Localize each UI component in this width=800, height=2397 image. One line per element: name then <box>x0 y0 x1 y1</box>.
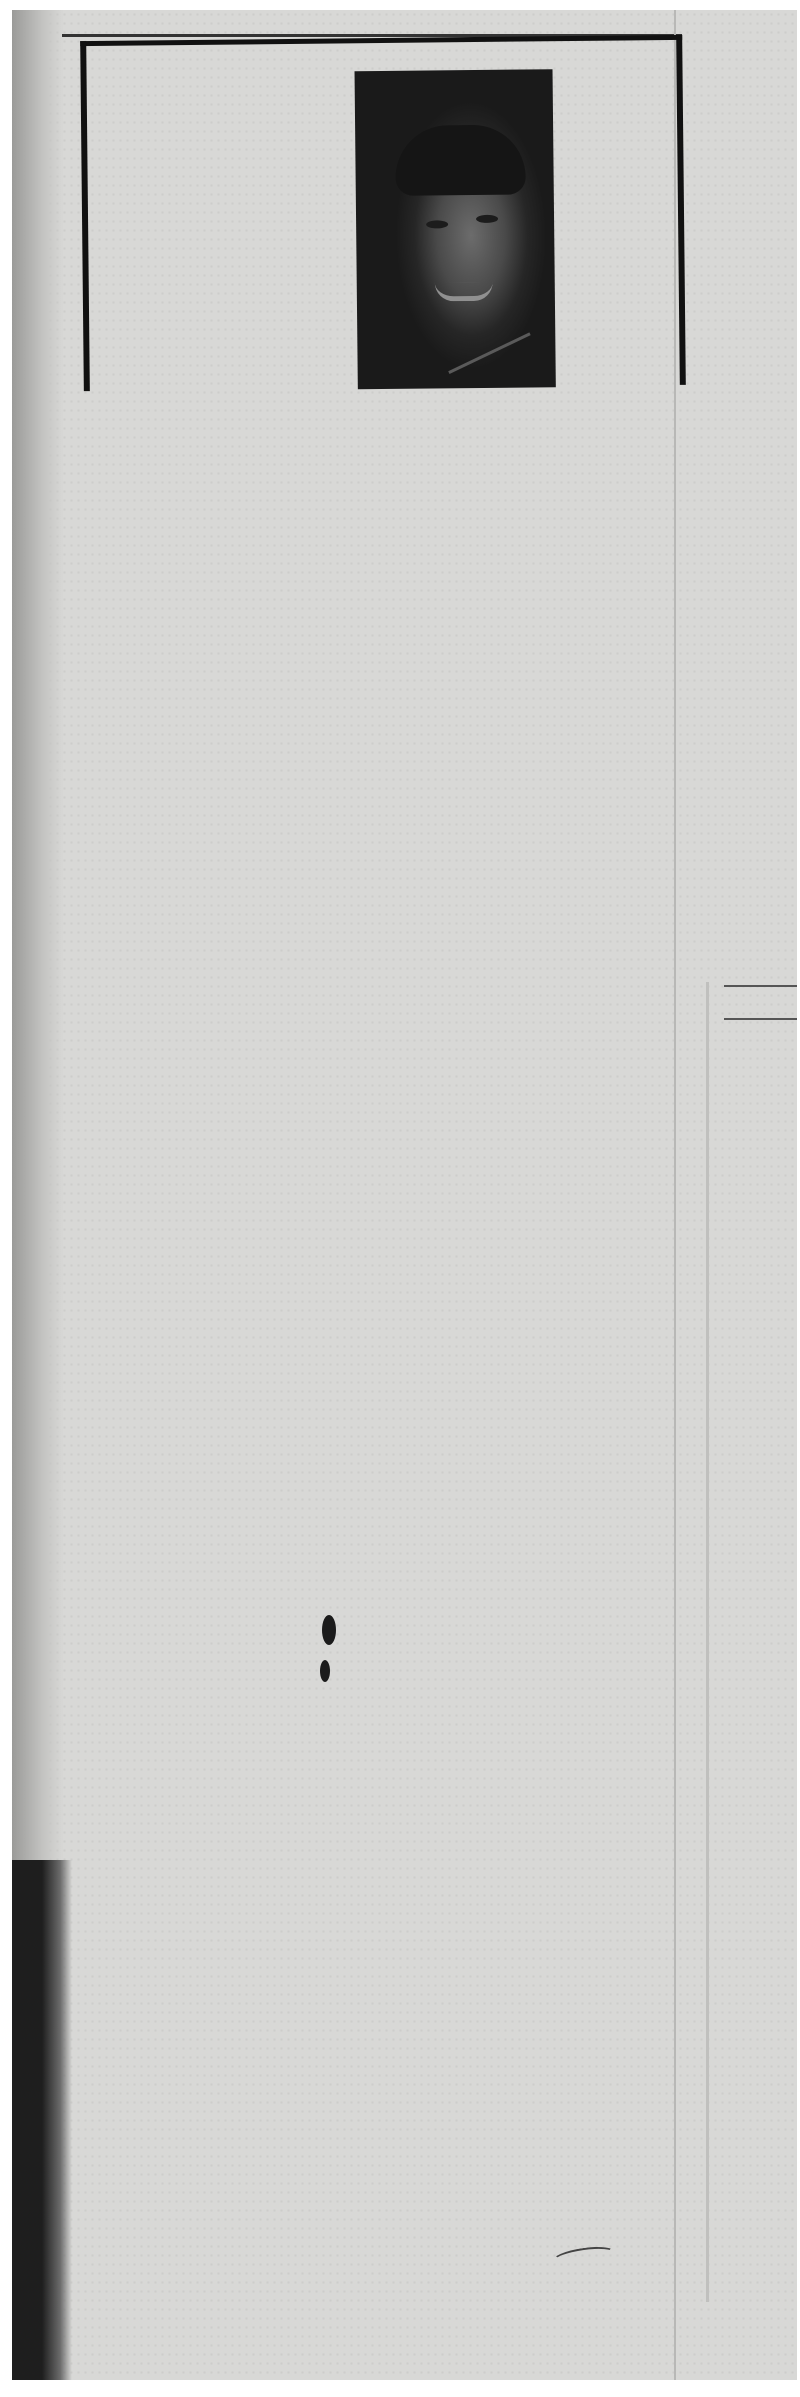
photo-hair-shape <box>395 125 526 196</box>
section-rule <box>724 985 797 987</box>
photo-collar-shape <box>448 332 547 408</box>
page-binding-shadow <box>12 1860 72 2380</box>
adjacent-article-snippet-bottom <box>724 1010 797 1028</box>
ink-smudge <box>322 1615 336 1645</box>
photo-smile-shape <box>435 282 493 302</box>
column-divider-inner <box>706 982 709 2302</box>
photo-eye-shape <box>476 215 498 223</box>
columnist-photo <box>355 69 556 389</box>
section-label <box>724 1010 797 1020</box>
photo-eye-shape <box>426 220 448 228</box>
column-masthead <box>80 35 686 391</box>
pen-mark <box>551 2244 617 2271</box>
ink-smudge <box>320 1660 330 1682</box>
newspaper-clipping <box>12 10 797 2380</box>
